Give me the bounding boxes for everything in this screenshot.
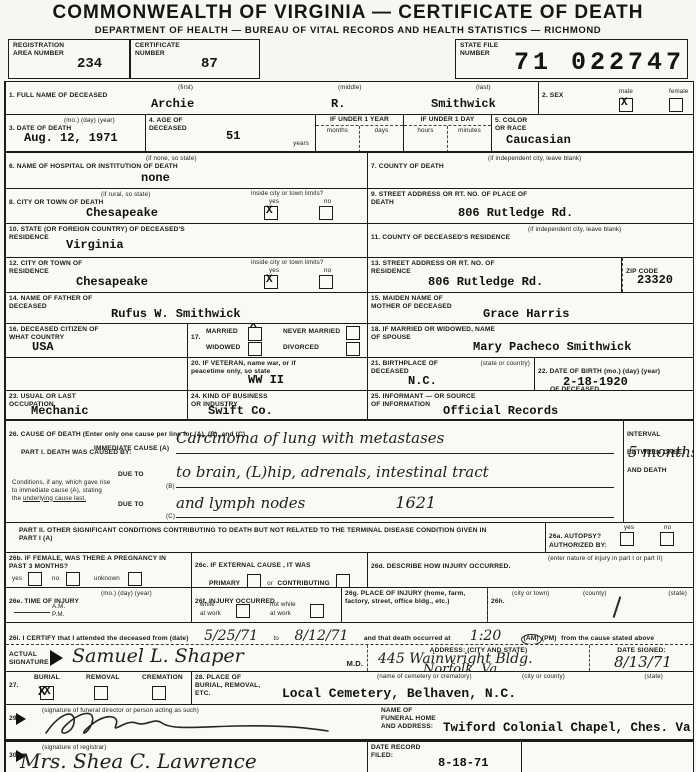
row-death-date-age-race: 3. DATE OF DEATH (mo.) (day) (year) Aug.… — [6, 115, 693, 153]
burial-label: BURIAL — [34, 674, 60, 682]
county-residence-sublabel: (if independent city, leave blank) — [528, 226, 621, 234]
limits-death-label: inside city or town limits? — [251, 190, 361, 198]
field-county-residence: 11. COUNTY OF DECEASED'S RESIDENCE (if i… — [368, 224, 693, 257]
cause-line-c[interactable]: and lymph nodes1621 — [176, 493, 614, 518]
place-burial-sublabel: (name of cemetery or crematory) — [377, 673, 472, 681]
field-how-injury: 26d. DESCRIBE HOW INJURY OCCURRED. (ente… — [368, 553, 693, 587]
field-sex: 2. SEX male female X — [539, 82, 693, 114]
death-certificate: COMMONWEALTH OF VIRGINIA — CERTIFICATE O… — [0, 0, 696, 772]
row-cause-of-death: 26. CAUSE OF DEATH (Enter only one cause… — [6, 421, 693, 523]
sex-label: 2. SEX — [542, 92, 563, 99]
autopsy-yes-label: yes — [624, 524, 634, 532]
field-interval: INTERVAL BETWEEN ONSET AND DEATH 5 month… — [624, 421, 693, 522]
registration-area-label: REGISTRATION AREA NUMBER — [13, 42, 73, 58]
pregnancy-yes-label: yes — [12, 575, 22, 583]
not-while-label-1: not while — [270, 601, 296, 609]
field-marital-status: 17. MARRIED X NEVER MARRIED WIDOWED DIVO… — [188, 324, 368, 357]
field-certification: 26i. I CERTIFY that I attended the decea… — [6, 623, 693, 644]
city-residence-value: Chesapeake — [76, 275, 148, 289]
county-death-sublabel: (if independent city, leave blank) — [488, 155, 581, 163]
field-city-of-death: 8. CITY OR TOWN OF DEATH (if rural, so s… — [6, 189, 368, 223]
pregnancy-label: 26b. IF FEMALE, WAS THERE A PREGNANCY IN… — [9, 555, 169, 571]
married-checkbox[interactable]: X — [248, 327, 262, 341]
funeral-director-signature[interactable] — [36, 709, 336, 739]
street-death-value: 806 Rutledge Rd. — [458, 206, 573, 220]
veteran-value: WW II — [248, 373, 284, 387]
field-physician-address: ADDRESS: (CITY AND STATE) 445 Wainwright… — [368, 645, 590, 671]
occupation-value: Mechanic — [31, 404, 89, 418]
physician-address-line2: Norfolk, Va. — [423, 662, 501, 671]
widowed-checkbox[interactable] — [248, 342, 262, 356]
field-veteran: 20. IF VETERAN, name war, or if peacetim… — [188, 358, 368, 390]
primary-checkbox[interactable] — [247, 574, 261, 587]
field-date-of-death: 3. DATE OF DEATH (mo.) (day) (year) Aug.… — [6, 115, 146, 151]
field-informant: 25. INFORMANT — OR SOURCE OF INFORMATION… — [368, 391, 693, 419]
birthplace-value: N.C. — [408, 374, 437, 388]
due-to-b-label: DUE TO — [118, 471, 144, 479]
limits-res-no-checkbox[interactable] — [319, 275, 333, 289]
row-name-sex: 1. FULL NAME OF DECEASED (first) (middle… — [6, 82, 693, 115]
row-burial-place: 27. BURIAL REMOVAL CREMATION XX 28. PLAC… — [6, 672, 693, 705]
injury-city-label: (city or town) — [512, 590, 550, 598]
attended-from-date[interactable]: 5/25/71 — [196, 628, 266, 644]
months-label: months — [316, 126, 360, 151]
date-signed-value: 8/13/71 — [614, 653, 672, 671]
md-label: M.D. — [347, 659, 363, 668]
limits-res-no-label: no — [324, 267, 331, 275]
marital-number: 17. — [191, 334, 201, 341]
hospital-value: none — [141, 171, 170, 185]
header-number-row: REGISTRATION AREA NUMBER 234 CERTIFICATE… — [0, 39, 696, 81]
arrow-icon — [50, 650, 63, 666]
married-label: MARRIED — [206, 328, 238, 336]
field-county-of-death: 7. COUNTY OF DEATH (if independent city,… — [368, 153, 693, 188]
field-injury-city-county-state: 26h. (city or town) (county) (state) — [487, 588, 693, 622]
row-occupation-informant: 23. USUAL OR LAST OCCUPATION Mechanic 24… — [6, 391, 693, 421]
field-citizen: 16. DECEASED CITIZEN OF WHAT COUNTRY USA — [6, 324, 188, 357]
field-autopsy: 26a. AUTOPSY? yes no AUTHORIZED BY: — [546, 523, 693, 552]
certificate-number-box: CERTIFICATE NUMBER 87 — [130, 39, 260, 79]
street-residence-label: 13. STREET ADDRESS OR RT. NO. OF RESIDEN… — [371, 260, 511, 276]
dob-value: 2-18-1920 — [563, 375, 628, 389]
street-death-label: 9. STREET ADDRESS OR RT. NO. OF PLACE OF… — [371, 191, 531, 207]
field-business: 24. KIND OF BUSINESS OR INDUSTRY Swift C… — [188, 391, 368, 419]
registration-area-box: REGISTRATION AREA NUMBER 234 — [8, 39, 130, 79]
certify-text-1: 26i. I CERTIFY that I attended the decea… — [9, 635, 189, 642]
field-place-of-burial: 28. PLACE OF BURIAL, REMOVAL, ETC. (name… — [192, 672, 693, 704]
primary-label: PRIMARY — [209, 580, 240, 587]
under-year-label: IF UNDER 1 YEAR — [316, 115, 403, 126]
c-label: (C) — [166, 513, 175, 521]
county-residence-label: 11. COUNTY OF DECEASED'S RESIDENCE — [371, 234, 510, 241]
how-injury-label: 26d. DESCRIBE HOW INJURY OCCURRED. — [371, 563, 511, 570]
first-sublabel: (first) — [178, 84, 193, 92]
field-actual-signature: ACTUAL SIGNATURE Samuel L. Shaper M.D. — [6, 645, 368, 671]
row-state-county-residence: 10. STATE (OR FOREIGN COUNTRY) OF DECEAS… — [6, 224, 693, 258]
dob-label: 22. DATE OF BIRTH (mo.) (day) (year) — [538, 368, 660, 375]
date-of-death-value: Aug. 12, 1971 — [24, 131, 118, 145]
days-label: days — [360, 126, 403, 151]
while-label-1: while — [200, 601, 215, 609]
contributing-checkbox[interactable] — [336, 574, 350, 587]
removal-label: REMOVAL — [86, 674, 120, 682]
row-certification: 26i. I CERTIFY that I attended the decea… — [6, 623, 693, 645]
field-city-residence: 12. CITY OR TOWN OF RESIDENCE Chesapeake… — [6, 258, 368, 292]
field-mother: 15. MAIDEN NAME OF MOTHER OF DECEASED Gr… — [368, 293, 693, 323]
row-registrar: 30. (signature of registrar) Mrs. Shea C… — [6, 740, 693, 772]
actual-signature-label: ACTUAL SIGNATURE — [9, 651, 49, 667]
limits-res-label: inside city or town limits? — [251, 259, 361, 267]
row-father-mother: 14. NAME OF FATHER OF DECEASED Rufus W. … — [6, 293, 693, 324]
registrar-signature[interactable]: Mrs. Shea C. Lawrence — [20, 749, 257, 772]
limits-death-yes-checkbox[interactable]: X — [264, 206, 278, 220]
authorized-by-label: AUTHORIZED BY: — [549, 542, 607, 550]
injury-location-number: 26h. — [491, 598, 505, 605]
field-full-name: 1. FULL NAME OF DECEASED (first) (middle… — [6, 82, 539, 114]
citizen-value: USA — [32, 340, 54, 354]
physician-signature[interactable]: Samuel L. Shaper — [72, 645, 244, 667]
hours-label: hours — [404, 126, 448, 151]
field-blank — [6, 358, 188, 390]
limits-death-no-checkbox[interactable] — [319, 206, 333, 220]
date-filed-value: 8-18-71 — [438, 756, 488, 770]
pregnancy-yes-checkbox[interactable] — [28, 572, 42, 586]
am-circled: (AM) — [521, 634, 542, 644]
field-time-of-injury: 26e. TIME OF INJURY (mo.) (day) (year) A… — [6, 588, 192, 622]
field-date-record-filed: DATE RECORD FILED: 8-18-71 — [368, 742, 522, 772]
due-to-c-label: DUE TO — [118, 501, 144, 509]
field-street-residence: 13. STREET ADDRESS OR RT. NO. OF RESIDEN… — [368, 258, 622, 292]
certify-text-3: from the cause stated above — [561, 635, 654, 642]
informant-value: Official Records — [443, 404, 558, 418]
spouse-value: Mary Pacheco Smithwick — [473, 340, 631, 354]
certificate-title: COMMONWEALTH OF VIRGINIA — CERTIFICATE O… — [0, 0, 696, 24]
last-sublabel: (last) — [476, 84, 491, 92]
or-label: or — [267, 580, 273, 587]
last-name-value: Smithwick — [431, 97, 496, 111]
age-value: 51 — [226, 129, 240, 143]
row-physician-signature: ACTUAL SIGNATURE Samuel L. Shaper M.D. A… — [6, 645, 693, 672]
injury-county-label: (county) — [583, 590, 607, 598]
field-under-one-day: IF UNDER 1 DAY hours minutes — [404, 115, 492, 151]
injury-state-label: (state) — [668, 590, 687, 598]
place-injury-label: 26g. PLACE OF INJURY (home, farm, factor… — [345, 590, 475, 606]
row-city-street-zip: 12. CITY OR TOWN OF RESIDENCE Chesapeake… — [6, 258, 693, 293]
color-race-value: Caucasian — [506, 133, 571, 147]
female-sublabel: female — [669, 88, 688, 96]
mother-value: Grace Harris — [483, 307, 569, 321]
county-death-label: 7. COUNTY OF DEATH — [371, 163, 444, 170]
zip-value: 23320 — [637, 273, 673, 287]
field-funeral-director-signature: 29. (signature of funeral director or pe… — [6, 705, 368, 739]
burial-city-label: (city or county) — [522, 673, 565, 681]
pregnancy-no-checkbox[interactable] — [66, 572, 80, 586]
certify-text-2: and that death occurred at — [364, 635, 451, 642]
row-veteran-birth: 20. IF VETERAN, name war, or if peacetim… — [6, 358, 693, 391]
sex-male-checkbox[interactable]: X — [619, 98, 633, 112]
pregnancy-no-label: no — [52, 575, 59, 583]
field-registrar-signature: 30. (signature of registrar) Mrs. Shea C… — [6, 742, 368, 772]
field-under-one-year: IF UNDER 1 YEAR months days — [316, 115, 404, 151]
never-married-label: NEVER MARRIED — [283, 328, 340, 336]
pm-option: (PM) — [542, 635, 557, 642]
field-date-of-birth: 22. DATE OF BIRTH (mo.) (day) (year) OF … — [535, 358, 693, 390]
limits-death-no-label: no — [324, 198, 331, 206]
time-writein[interactable] — [14, 612, 50, 613]
state-file-box: STATE FILE NUMBER 71 022747 — [455, 39, 688, 79]
autopsy-label: 26a. AUTOPSY? — [549, 533, 601, 540]
field-external-cause: 26c. IF EXTERNAL CAUSE , IT WAS PRIMARY … — [192, 553, 368, 587]
date-of-death-sublabel: (mo.) (day) (year) — [64, 117, 115, 125]
row-pregnancy-external-injury: 26b. IF FEMALE, WAS THERE A PREGNANCY IN… — [6, 553, 693, 588]
field-part2: PART II. OTHER SIGNIFICANT CONDITIONS CO… — [6, 523, 546, 552]
burial-state-label: (state) — [644, 673, 663, 681]
registration-area-value: 234 — [77, 56, 102, 72]
row-hospital-county: 6. NAME OF HOSPITAL OR INSTITUTION OF DE… — [6, 153, 693, 189]
not-while-label-2: at work — [270, 610, 291, 618]
field-father: 14. NAME OF FATHER OF DECEASED Rufus W. … — [6, 293, 368, 323]
middle-name-value: R. — [331, 97, 345, 111]
cremation-label: CREMATION — [142, 674, 183, 682]
to-label: to — [274, 635, 279, 642]
b-label: (B) — [166, 483, 175, 491]
field-occupation: 23. USUAL OR LAST OCCUPATION Mechanic — [6, 391, 188, 419]
row-city-street-death: 8. CITY OR TOWN OF DEATH (if rural, so s… — [6, 189, 693, 224]
place-burial-value: Local Cemetery, Belhaven, N.C. — [282, 686, 516, 701]
citizen-label: 16. DECEASED CITIZEN OF WHAT COUNTRY — [9, 326, 99, 342]
cause-line-a[interactable]: Carcinoma of lung with metastases — [176, 429, 614, 454]
row-injury-details: 26e. TIME OF INJURY (mo.) (day) (year) A… — [6, 588, 693, 623]
place-burial-label: 28. PLACE OF BURIAL, REMOVAL, ETC. — [195, 674, 265, 699]
state-file-label: STATE FILE NUMBER — [460, 42, 505, 58]
pm-label: P.M. — [52, 611, 65, 619]
limits-res-yes-checkbox[interactable]: X — [264, 275, 278, 289]
field-street-of-death: 9. STREET ADDRESS OR RT. NO. OF PLACE OF… — [368, 189, 693, 223]
funeral-home-label: NAME OF FUNERAL HOME AND ADDRESS: — [381, 707, 441, 732]
not-while-at-work-checkbox[interactable] — [310, 604, 324, 618]
city-residence-label: 12. CITY OR TOWN OF RESIDENCE — [9, 260, 99, 276]
birthplace-sublabel: (state or country) — [481, 360, 530, 368]
while-at-work-checkbox[interactable] — [236, 604, 250, 618]
city-death-value: Chesapeake — [86, 206, 158, 220]
hospital-label: 6. NAME OF HOSPITAL OR INSTITUTION OF DE… — [9, 163, 178, 170]
removal-checkbox[interactable] — [94, 686, 108, 700]
male-sublabel: male — [619, 88, 633, 96]
field-disposition: 27. BURIAL REMOVAL CREMATION XX — [6, 672, 192, 704]
cremation-checkbox[interactable] — [152, 686, 166, 700]
city-death-sublabel: (if rural, so state) — [101, 191, 150, 199]
field-empty-end — [522, 742, 693, 772]
state-file-value: 71 022747 — [514, 48, 685, 77]
pregnancy-unknown-checkbox[interactable] — [128, 572, 142, 586]
date-filed-label: DATE RECORD FILED: — [371, 744, 431, 760]
row-funeral-director: 29. (signature of funeral director or pe… — [6, 705, 693, 740]
autopsy-no-checkbox[interactable] — [660, 532, 674, 546]
interval-value: 5 months — [628, 443, 693, 461]
stray-pen-mark — [613, 596, 621, 617]
divorced-checkbox[interactable] — [346, 342, 360, 356]
age-unit-label: years — [293, 140, 309, 148]
state-residence-value: Virginia — [66, 238, 124, 252]
external-cause-label: 26c. IF EXTERNAL CAUSE , IT WAS — [195, 562, 311, 569]
part2-label: PART II. OTHER SIGNIFICANT CONDITIONS CO… — [19, 527, 499, 543]
how-injury-sublabel: (enter nature of injury in part I or par… — [548, 555, 663, 563]
while-label-2: at work — [200, 610, 221, 618]
father-value: Rufus W. Smithwick — [111, 307, 241, 321]
field-birthplace: 21. BIRTHPLACE OF DECEASED (state or cou… — [368, 358, 535, 390]
street-residence-value: 806 Rutledge Rd. — [428, 275, 543, 289]
under-day-label: IF UNDER 1 DAY — [404, 115, 491, 126]
full-name-label: 1. FULL NAME OF DECEASED — [9, 92, 107, 99]
first-name-value: Archie — [151, 97, 194, 111]
cause-line-b[interactable]: to brain, (L)hip, adrenals, intestinal t… — [176, 463, 614, 488]
business-value: Swift Co. — [208, 404, 273, 418]
field-place-of-injury: 26g. PLACE OF INJURY (home, farm, factor… — [342, 588, 488, 622]
conditions-note: Conditions, if any, which gave rise to i… — [12, 479, 112, 502]
contributing-label: CONTRIBUTING — [277, 580, 329, 587]
autopsy-yes-checkbox[interactable] — [620, 532, 634, 546]
widowed-label: WIDOWED — [206, 344, 240, 352]
field-funeral-home: NAME OF FUNERAL HOME AND ADDRESS: Twifor… — [368, 705, 693, 739]
city-death-label: 8. CITY OR TOWN OF DEATH — [9, 199, 103, 206]
mother-label: 15. MAIDEN NAME OF MOTHER OF DECEASED — [371, 295, 461, 311]
minutes-label: minutes — [448, 126, 491, 151]
form-body: 1. FULL NAME OF DECEASED (first) (middle… — [4, 81, 694, 772]
father-label: 14. NAME OF FATHER OF DECEASED — [9, 295, 99, 311]
field-age: 4. AGE OF DECEASED 51 years — [146, 115, 316, 151]
disposition-number: 27. — [9, 682, 19, 689]
certificate-subtitle: DEPARTMENT OF HEALTH — BUREAU OF VITAL R… — [0, 25, 696, 36]
field-zip: ZIP CODE 23320 — [622, 258, 693, 292]
divorced-label: DIVORCED — [283, 344, 319, 352]
color-race-label: 5. COLOR OR RACE — [495, 117, 535, 133]
certificate-number-value: 87 — [201, 56, 218, 72]
field-spouse: 18. IF MARRIED OR WIDOWED, NAME OF SPOUS… — [368, 324, 693, 357]
field-pregnancy: 26b. IF FEMALE, WAS THERE A PREGNANCY IN… — [6, 553, 192, 587]
burial-checkbox[interactable]: XX — [40, 686, 54, 700]
attended-to-date[interactable]: 8/12/71 — [286, 628, 356, 644]
autopsy-no-label: no — [664, 524, 671, 532]
time-injury-sublabel: (mo.) (day) (year) — [101, 590, 152, 598]
row-citizen-marital-spouse: 16. DECEASED CITIZEN OF WHAT COUNTRY USA… — [6, 324, 693, 358]
sex-female-checkbox[interactable] — [669, 98, 683, 112]
arrow-icon — [16, 713, 26, 725]
age-label: 4. AGE OF DECEASED — [149, 117, 209, 133]
never-married-checkbox[interactable] — [346, 326, 360, 340]
field-cause-of-death: 26. CAUSE OF DEATH (Enter only one cause… — [6, 421, 624, 522]
field-date-signed: DATE SIGNED: 8/13/71 — [590, 645, 693, 671]
death-time-value[interactable]: 1:20 — [458, 628, 513, 644]
row-part2-autopsy: PART II. OTHER SIGNIFICANT CONDITIONS CO… — [6, 523, 693, 553]
code-value: 1621 — [395, 493, 436, 512]
hospital-sublabel: (if none, so state) — [146, 155, 197, 163]
immediate-cause-label: IMMEDIATE CAUSE (A) — [94, 445, 169, 453]
funeral-home-value: Twiford Colonial Chapel, Ches. Va. — [443, 721, 693, 735]
field-color-race: 5. COLOR OR RACE Caucasian — [492, 115, 693, 151]
middle-sublabel: (middle) — [338, 84, 362, 92]
time-injury-label: 26e. TIME OF INJURY — [9, 598, 79, 605]
field-hospital: 6. NAME OF HOSPITAL OR INSTITUTION OF DE… — [6, 153, 368, 188]
field-injury-occurred: 26f. INJURY OCCURRED while at work not w… — [192, 588, 342, 622]
field-state-residence: 10. STATE (OR FOREIGN COUNTRY) OF DECEAS… — [6, 224, 368, 257]
certificate-number-label: CERTIFICATE NUMBER — [135, 42, 190, 58]
pregnancy-unknown-label: unknown — [94, 575, 120, 583]
am-label: A.M. — [52, 603, 65, 611]
